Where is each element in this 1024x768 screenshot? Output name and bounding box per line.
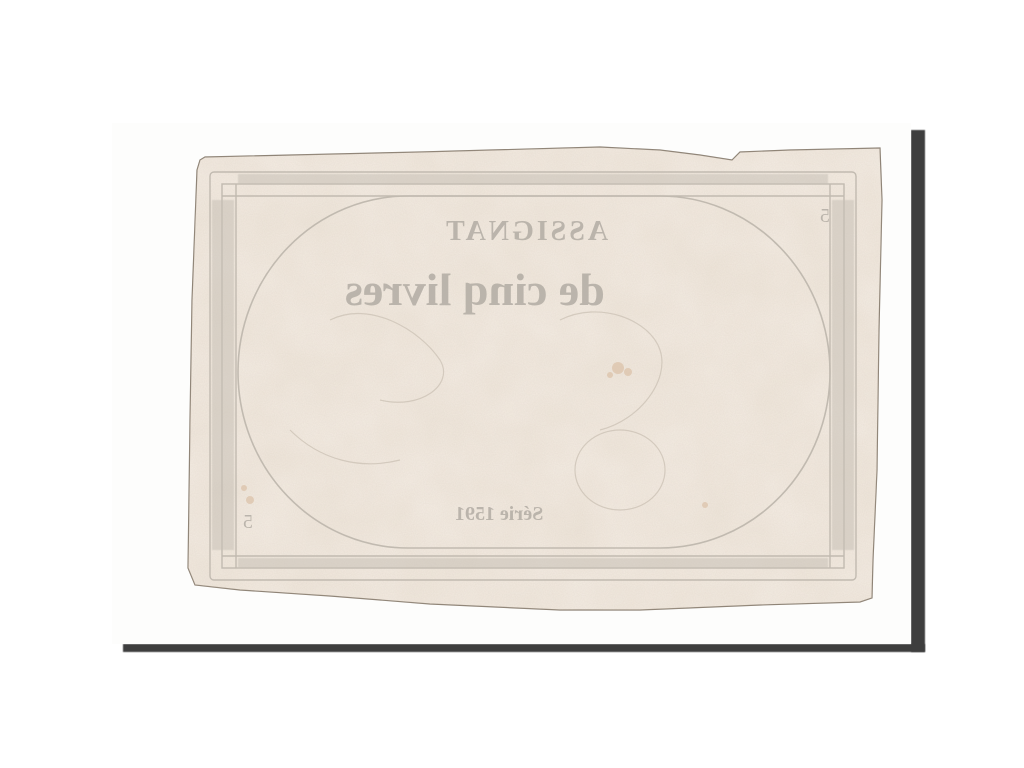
denomination-text-mirrored: de cinq livres (345, 264, 605, 315)
series-text-mirrored: Série 1591 (455, 503, 543, 525)
corner-numeral-right: 5 (820, 205, 830, 227)
banknote: ASSIGNAT de cinq livres Série 1591 5 5 (0, 0, 1024, 768)
corner-numeral-left: 5 (243, 511, 253, 533)
title-text-mirrored: ASSIGNAT (443, 216, 608, 247)
